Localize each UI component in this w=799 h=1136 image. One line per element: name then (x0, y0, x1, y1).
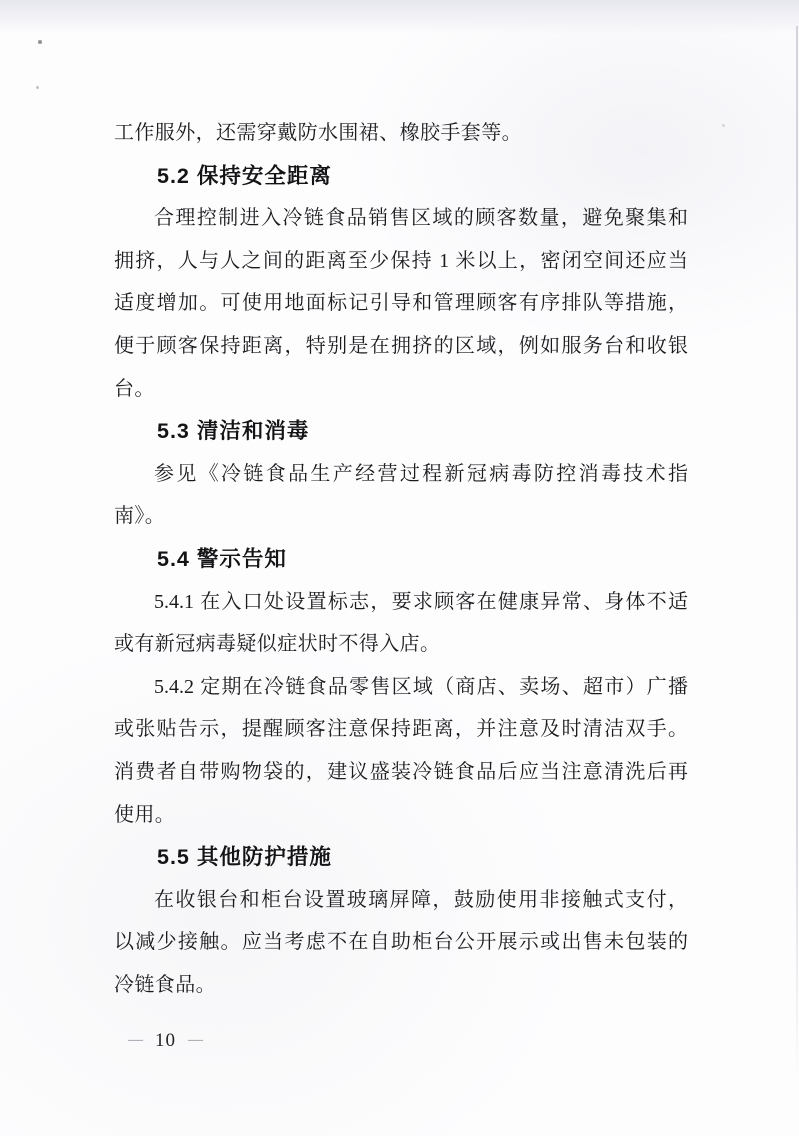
body-line: 5.4.1 在入口处设置标志，要求顾客在健康异常、身体不适 (114, 581, 688, 624)
scan-edge-top-shadow (0, 0, 799, 34)
body-line: 或有新冠病毒疑似症状时不得入店。 (114, 623, 688, 666)
dust-speck (36, 86, 39, 89)
section-heading: 5.5 其他防护措施 (114, 836, 688, 879)
section-heading: 5.4 警示告知 (114, 538, 688, 581)
body-line: 适度增加。可使用地面标记引导和管理顾客有序排队等措施， (114, 282, 688, 325)
body-line: 5.4.2 定期在冷链食品零售区域（商店、卖场、超市）广播 (114, 666, 688, 709)
dust-speck (38, 40, 42, 44)
page-footer: —10— (128, 1030, 203, 1053)
scan-edge-right-line (796, 26, 798, 1082)
body-line: 南》。 (114, 495, 688, 538)
body-line: 便于顾客保持距离，特别是在拥挤的区域，例如服务台和收银 (114, 325, 688, 368)
body-line: 拥挤，人与人之间的距离至少保持 1 米以上，密闭空间还应当 (114, 240, 688, 283)
dust-speck (722, 124, 725, 127)
body-line: 在收银台和柜台设置玻璃屏障，鼓励使用非接触式支付， (114, 879, 688, 922)
body-line: 冷链食品。 (114, 964, 688, 1007)
section-heading: 5.2 保持安全距离 (114, 155, 688, 198)
body-line: 使用。 (114, 794, 688, 837)
footer-dash-right: — (188, 1029, 203, 1051)
body-line: 或张贴告示，提醒顾客注意保持距离，并注意及时清洁双手。 (114, 708, 688, 751)
document-body: 工作服外，还需穿戴防水围裙、橡胶手套等。 5.2 保持安全距离 合理控制进入冷链… (114, 112, 688, 1006)
footer-dash-left: — (128, 1029, 143, 1051)
body-line: 消费者自带购物袋的，建议盛装冷链食品后应当注意清洗后再 (114, 751, 688, 794)
body-line: 台。 (114, 368, 688, 411)
body-line: 参见《冷链食品生产经营过程新冠病毒防控消毒技术指 (114, 453, 688, 496)
body-line: 以减少接触。应当考虑不在自助柜台公开展示或出售未包装的 (114, 921, 688, 964)
section-heading: 5.3 清洁和消毒 (114, 410, 688, 453)
page-number: 10 (155, 1030, 176, 1051)
body-line: 工作服外，还需穿戴防水围裙、橡胶手套等。 (114, 112, 688, 155)
body-line: 合理控制进入冷链食品销售区域的顾客数量，避免聚集和 (114, 197, 688, 240)
